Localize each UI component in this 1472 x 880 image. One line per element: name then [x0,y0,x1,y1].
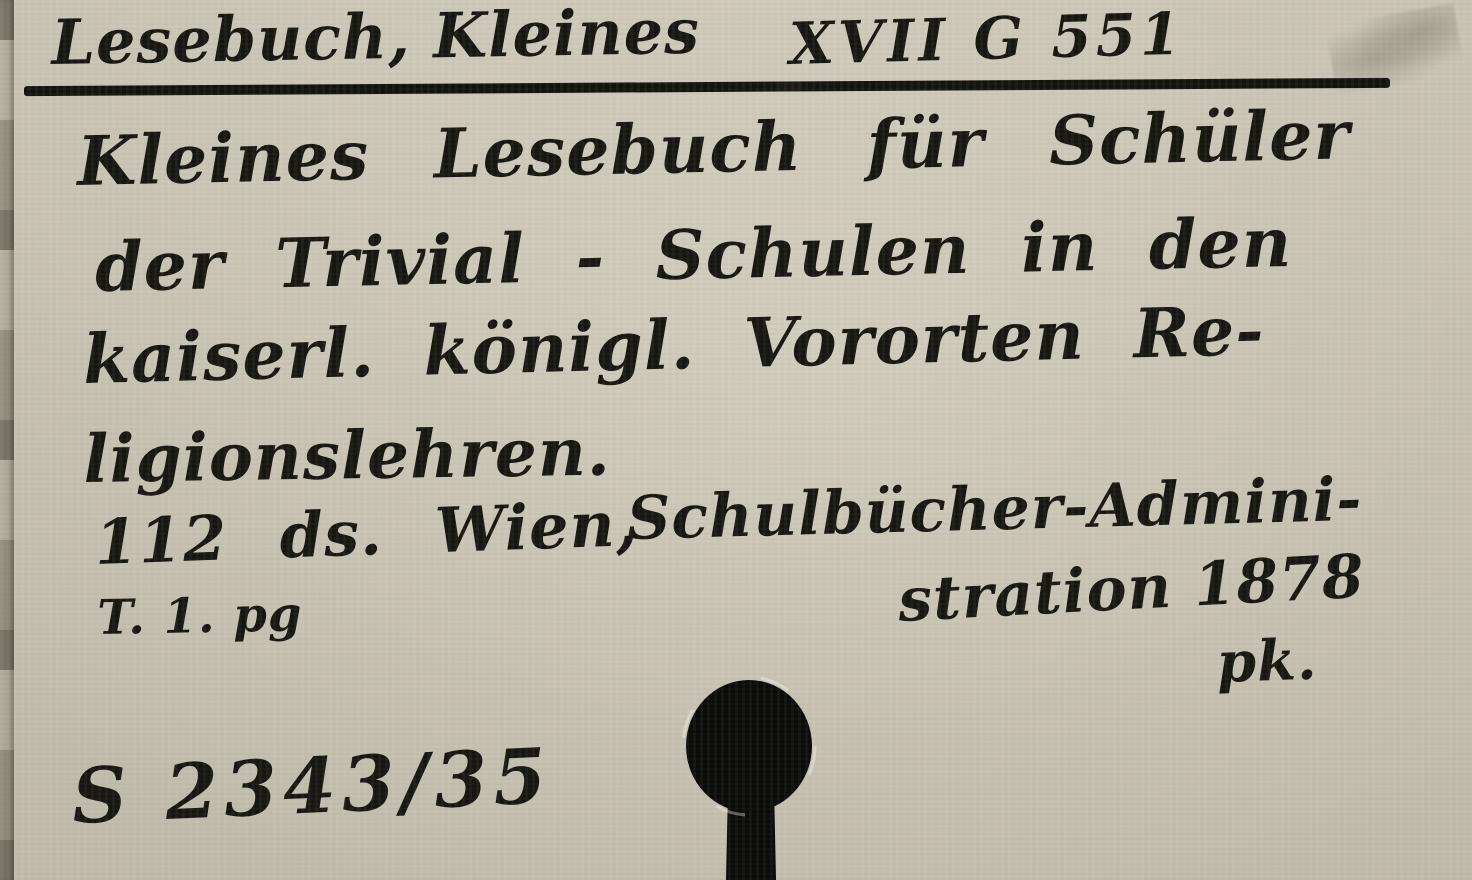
card-heading: Lesebuch, Kleines [51,0,701,79]
part-note: T. 1. pg [97,586,303,646]
collation-and-place: 112 ds. Wien, [93,487,639,579]
hole-punch [672,662,832,880]
call-number: XVII G 551 [788,0,1185,78]
card-left-edge-shadow [0,0,14,880]
title-line-4: ligionslehren. [83,413,611,498]
heading-underline [24,78,1390,96]
catalog-card: Lesebuch, Kleines XVII G 551 Kleines Les… [0,0,1472,880]
publisher-line-2-and-year: stration 1878 [896,542,1366,636]
title-line-1: Kleines Lesebuch für Schüler [76,95,1351,202]
title-line-3: kaiserl. königl. Vororten Re- [82,291,1265,400]
accession-number: S 2343/35 [70,731,554,841]
title-line-2: der Trivial - Schulen in den [94,203,1293,308]
cataloger-initials: pk. [1216,627,1319,696]
publisher-line-1: Schulbücher-Admini- [626,465,1363,554]
